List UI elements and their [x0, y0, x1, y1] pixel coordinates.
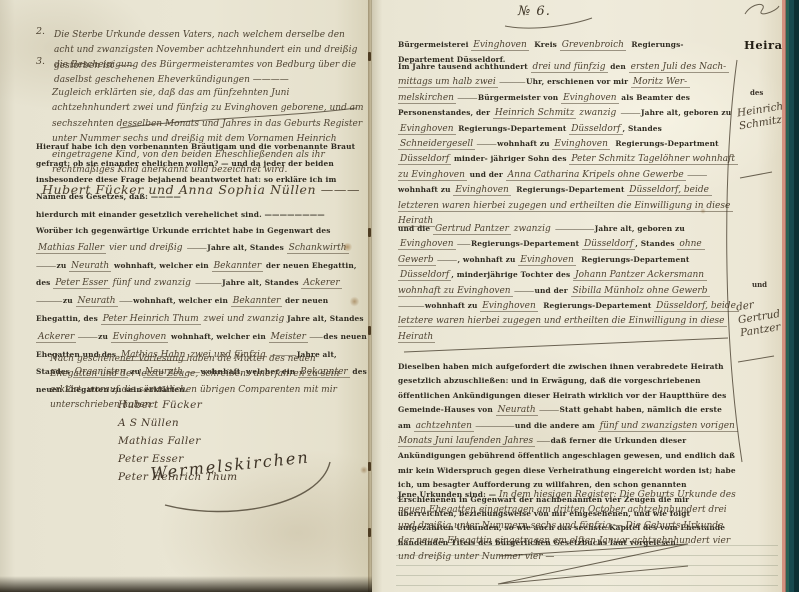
groom-appearance-clause: Im Jahre tausend achthundert drei und fü… — [398, 58, 736, 227]
margin-und-label: und — [752, 280, 767, 289]
left-page: 2. Die Sterbe Urkunde dessen Vaters, nac… — [0, 0, 372, 592]
item-text: die Bescheinigung des Bürgermeisteramtes… — [54, 56, 360, 87]
foxing-spot — [360, 466, 368, 474]
margin-bride-name: der Gertrud Pantzer — [735, 295, 785, 340]
book-cover-edge — [782, 0, 799, 592]
item-number: 3. — [36, 56, 48, 87]
signature-bride: A S Nüllen — [118, 414, 238, 432]
documents-clause: Jene Urkunden sind: — In dem hiesigen Re… — [398, 486, 736, 563]
record-number: № 6. — [518, 4, 551, 19]
signature-witness-1: Mathias Faller — [118, 432, 238, 450]
foxing-spot — [700, 208, 706, 214]
signature-groom: Hubert Fücker — [118, 396, 238, 414]
stitch-mark — [368, 462, 371, 471]
page-bottom-shadow — [0, 576, 372, 592]
stitch-mark — [368, 52, 371, 61]
margin-groom-name: Heinrich Schmitz — [736, 101, 784, 134]
bride-clause: und die Gertrud Pantzer zwanzig —————— J… — [398, 220, 736, 343]
right-page: № 6. Bürgermeisterei Evinghoven Kreis Gr… — [372, 0, 782, 592]
marriage-declaration-line: hierdurch mit einander gesetzlich verehe… — [36, 206, 366, 221]
foxing-spot — [350, 296, 359, 307]
stitch-mark — [368, 528, 371, 537]
stitch-mark — [368, 228, 371, 237]
stitch-mark — [368, 326, 371, 335]
couple-names-line: Hubert Fücker und Anna Sophia Nüllen ——— — [42, 181, 364, 197]
margin-des-label: des — [750, 88, 763, 97]
foxing-spot — [342, 243, 353, 251]
document-list-item-3: 3. die Bescheinigung des Bürgermeisteram… — [36, 56, 360, 87]
marriage-register-spread: 2. Die Sterbe Urkunde dessen Vaters, nac… — [0, 0, 799, 592]
